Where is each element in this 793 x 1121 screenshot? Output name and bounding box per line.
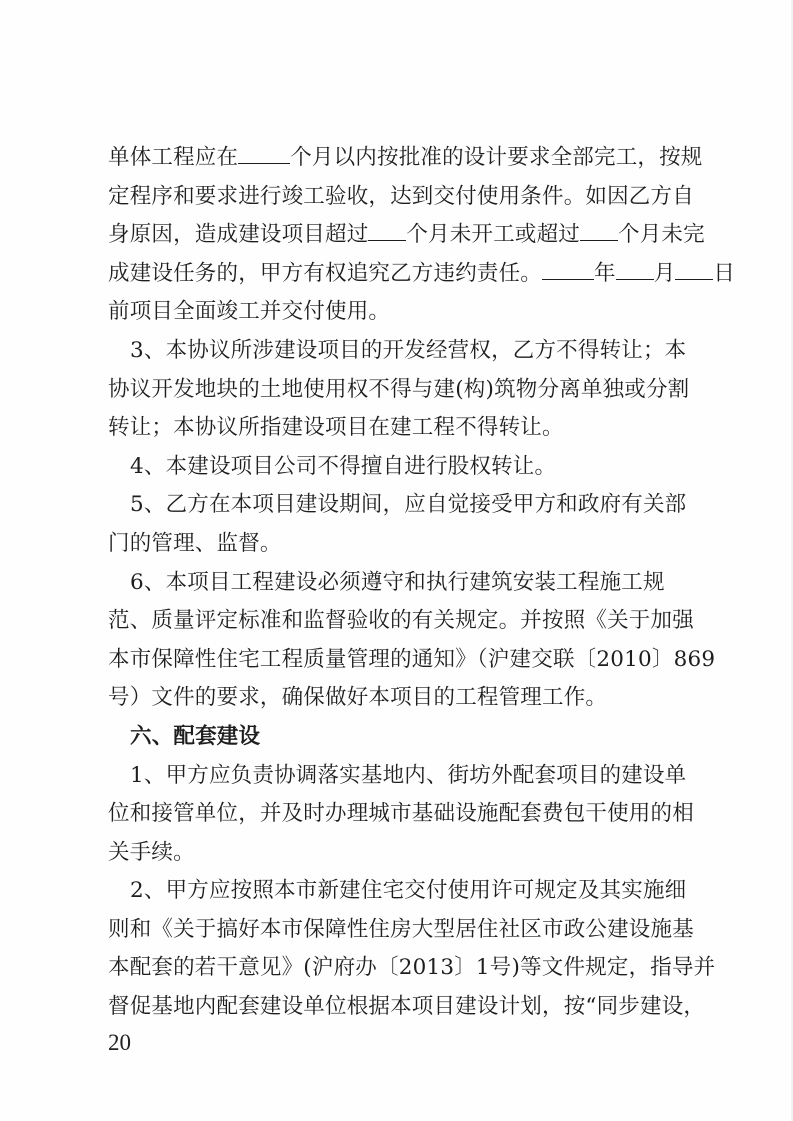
text-line: 身原因，造成建设项目超过个月未开工或超过个月未完 <box>108 216 694 255</box>
fill-in-blank <box>675 259 713 280</box>
text-segment: 转让；本协议所指建设项目在建工程不得转让。 <box>108 415 564 440</box>
fill-in-blank <box>368 220 406 241</box>
text-segment: 月 <box>654 261 676 286</box>
text-line: 3、本协议所涉建设项目的开发经营权，乙方不得转让；本 <box>108 332 694 371</box>
text-segment: 年 <box>594 261 616 286</box>
text-segment: 范、质量评定标准和监督验收的有关规定。并按照《关于加强 <box>108 608 694 633</box>
text-line: 号）文件的要求，确保做好本项目的工程管理工作。 <box>108 679 694 718</box>
text-line: 关手续。 <box>108 834 694 873</box>
text-line: 定程序和要求进行竣工验收，达到交付使用条件。如因乙方自 <box>108 178 694 217</box>
text-segment: 前项目全面竣工并交付使用。 <box>108 299 390 324</box>
fill-in-blank <box>238 143 290 164</box>
text-line: 督促基地内配套建设单位根据本项目建设计划，按“同步建设， <box>108 988 694 1027</box>
text-segment: 日 <box>713 261 735 286</box>
text-segment: 号）文件的要求，确保做好本项目的工程管理工作。 <box>108 685 607 710</box>
fill-in-blank <box>616 259 654 280</box>
text-line: 转让；本协议所指建设项目在建工程不得转让。 <box>108 409 694 448</box>
text-segment: 个月未完 <box>618 222 705 247</box>
text-line: 协议开发地块的土地使用权不得与建(构)筑物分离单独或分割 <box>108 371 694 410</box>
text-segment: 门的管理、监督。 <box>108 531 282 556</box>
text-segment: 本市保障性住宅工程质量管理的通知》（沪建交联〔2010〕869 <box>108 647 715 672</box>
document-body: 单体工程应在个月以内按批准的设计要求全部完工，按规定程序和要求进行竣工验收，达到… <box>108 139 694 1027</box>
fill-in-blank <box>542 259 594 280</box>
text-line: 则和《关于搞好本市保障性住房大型居住社区市政公建设施基 <box>108 911 694 950</box>
text-segment: 位和接管单位，并及时办理城市基础设施配套费包干使用的相 <box>108 801 694 826</box>
text-segment: 定程序和要求进行竣工验收，达到交付使用条件。如因乙方自 <box>108 184 694 209</box>
text-segment: 1、甲方应负责协调落实基地内、街坊外配套项目的建设单 <box>130 763 686 788</box>
text-segment: 关手续。 <box>108 840 195 865</box>
text-line: 门的管理、监督。 <box>108 525 694 564</box>
text-line: 范、质量评定标准和监督验收的有关规定。并按照《关于加强 <box>108 602 694 641</box>
text-segment: 个月以内按批准的设计要求全部完工，按规 <box>290 145 702 170</box>
text-line: 4、本建设项目公司不得擅自进行股权转让。 <box>108 448 694 487</box>
text-segment: 4、本建设项目公司不得擅自进行股权转让。 <box>130 454 556 479</box>
text-line: 前项目全面竣工并交付使用。 <box>108 293 694 332</box>
text-line: 成建设任务的，甲方有权追究乙方违约责任。年月日 <box>108 255 694 294</box>
text-segment: 身原因，造成建设项目超过 <box>108 222 368 247</box>
text-line: 1、甲方应负责协调落实基地内、街坊外配套项目的建设单 <box>108 757 694 796</box>
text-line: 位和接管单位，并及时办理城市基础设施配套费包干使用的相 <box>108 795 694 834</box>
text-segment: 协议开发地块的土地使用权不得与建(构)筑物分离单独或分割 <box>108 377 689 402</box>
document-page: 单体工程应在个月以内按批准的设计要求全部完工，按规定程序和要求进行竣工验收，达到… <box>0 0 793 1121</box>
text-segment: 六、配套建设 <box>130 724 260 749</box>
text-segment: 5、乙方在本项目建设期间，应自觉接受甲方和政府有关部 <box>130 492 686 517</box>
text-line: 5、乙方在本项目建设期间，应自觉接受甲方和政府有关部 <box>108 486 694 525</box>
section-heading: 六、配套建设 <box>108 718 694 757</box>
text-segment: 个月未开工或超过 <box>406 222 580 247</box>
text-segment: 2、甲方应按照本市新建住宅交付使用许可规定及其实施细 <box>130 878 686 903</box>
text-segment: 3、本协议所涉建设项目的开发经营权，乙方不得转让；本 <box>130 338 686 363</box>
text-segment: 督促基地内配套建设单位根据本项目建设计划，按“同步建设， <box>108 994 705 1019</box>
fill-in-blank <box>580 220 618 241</box>
text-segment: 则和《关于搞好本市保障性住房大型居住社区市政公建设施基 <box>108 917 694 942</box>
text-line: 6、本项目工程建设必须遵守和执行建筑安装工程施工规 <box>108 564 694 603</box>
text-line: 2、甲方应按照本市新建住宅交付使用许可规定及其实施细 <box>108 872 694 911</box>
page-number: 20 <box>108 1030 131 1056</box>
text-line: 本市保障性住宅工程质量管理的通知》（沪建交联〔2010〕869 <box>108 641 694 680</box>
text-line: 本配套的若干意见》(沪府办〔2013〕1号)等文件规定，指导并 <box>108 949 694 988</box>
text-segment: 单体工程应在 <box>108 145 238 170</box>
text-segment: 6、本项目工程建设必须遵守和执行建筑安装工程施工规 <box>130 570 665 595</box>
text-segment: 本配套的若干意见》(沪府办〔2013〕1号)等文件规定，指导并 <box>108 955 715 980</box>
text-segment: 成建设任务的，甲方有权追究乙方违约责任。 <box>108 261 542 286</box>
text-line: 单体工程应在个月以内按批准的设计要求全部完工，按规 <box>108 139 694 178</box>
